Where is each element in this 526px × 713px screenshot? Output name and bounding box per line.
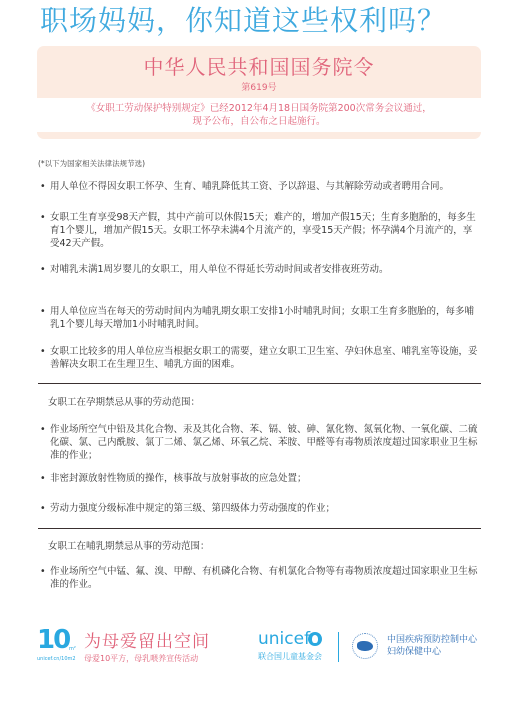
section-divider	[38, 528, 481, 529]
page-title: 职场妈妈，你知道这些权利吗？	[40, 4, 486, 38]
pregnancy-section-heading: 女职工在孕期禁忌从事的劳动范围：	[48, 396, 200, 409]
rights-item: • 女职工生育享受98天产假，其中产前可以休假15天；难产的，增加产假15天；生…	[40, 211, 480, 250]
unicef-wordmark: unicef	[258, 629, 310, 649]
decree-title: 中华人民共和国国务院令	[37, 54, 481, 80]
bullet-icon: •	[40, 565, 48, 578]
bullet-icon: •	[40, 263, 48, 276]
rights-item-text: 用人单位不得因女职工怀孕、生育、哺乳降低其工资、予以辞退、与其解除劳动或者聘用合…	[50, 181, 449, 192]
decree-statement-line-1: 《女职工劳动保护特别规定》已经2012年4月18日国务院第200次常务会议通过，	[37, 102, 481, 115]
pregnancy-item-text: 作业场所空气中铅及其化合物、汞及其化合物、苯、镉、铍、砷、氰化物、氮氧化物、一氧…	[50, 424, 478, 461]
pregnancy-item: • 非密封源放射性物质的操作，核事故与放射事故的应急处置；	[40, 472, 480, 485]
cdc-department: 妇幼保健中心	[387, 646, 441, 658]
excerpt-note: (*以下为国家相关法律法规节选)	[38, 159, 145, 169]
pregnancy-item: • 作业场所空气中铅及其化合物、汞及其化合物、苯、镉、铍、砷、氰化物、氮氧化物、…	[40, 423, 480, 462]
bullet-icon: •	[40, 472, 48, 485]
lactation-item-text: 作业场所空气中锰、氟、溴、甲醇、有机磷化合物、有机氯化合物等有毒物质浓度超过国家…	[50, 566, 478, 590]
cdc-emblem-icon	[352, 633, 378, 659]
rights-item-text: 女职工比较多的用人单位应当根据女职工的需要，建立女职工卫生室、孕妇休息室、哺乳室…	[50, 346, 478, 370]
bullet-icon: •	[40, 305, 48, 318]
unicef-chinese-name: 联合国儿童基金会	[258, 652, 322, 662]
pregnancy-item: • 劳动力强度分级标准中规定的第三级、第四级体力劳动强度的作业；	[40, 502, 480, 515]
decree-box: 中华人民共和国国务院令 第619号 《女职工劳动保护特别规定》已经2012年4月…	[37, 46, 481, 139]
logo-separator	[338, 632, 339, 662]
campaign-title: 为母爱留出空间	[84, 632, 210, 652]
rights-item: • 用人单位不得因女职工怀孕、生育、哺乳降低其工资、予以辞退、与其解除劳动或者聘…	[40, 180, 480, 193]
ten-logo-unit: m²	[69, 646, 76, 652]
section-divider	[38, 383, 481, 384]
pregnancy-item-text: 劳动力强度分级标准中规定的第三级、第四级体力劳动强度的作业；	[50, 503, 335, 514]
rights-item: • 女职工比较多的用人单位应当根据女职工的需要，建立女职工卫生室、孕妇休息室、哺…	[40, 345, 480, 371]
rights-item-text: 女职工生育享受98天产假，其中产前可以休假15天；难产的，增加产假15天；生育多…	[50, 212, 476, 249]
campaign-subtitle: 母爱10平方，母乳喂养宣传活动	[84, 654, 198, 664]
bullet-icon: •	[40, 345, 48, 358]
ten-logo-number: 10	[37, 626, 69, 654]
lactation-section-heading: 女职工在哺乳期禁忌从事的劳动范围：	[48, 540, 210, 553]
rights-item-text: 用人单位应当在每天的劳动时间内为哺乳期女职工安排1小时哺乳时间；女职工生育多胞胎…	[50, 306, 474, 330]
rights-item-text: 对哺乳未满1周岁婴儿的女职工，用人单位不得延长劳动时间或者安排夜班劳动。	[50, 264, 389, 275]
cdc-name: 中国疾病预防控制中心	[387, 634, 477, 646]
ten-square-meter-logo: 10 m² unicef.cn/10m2	[37, 630, 77, 664]
ten-logo-url: unicef.cn/10m2	[37, 656, 76, 662]
rights-item: • 对哺乳未满1周岁婴儿的女职工，用人单位不得延长劳动时间或者安排夜班劳动。	[40, 263, 480, 276]
bullet-icon: •	[40, 211, 48, 224]
rights-item: • 用人单位应当在每天的劳动时间内为哺乳期女职工安排1小时哺乳时间；女职工生育多…	[40, 305, 480, 331]
decree-statement-line-2: 现予公布，自公布之日起施行。	[37, 115, 481, 128]
decree-statement: 《女职工劳动保护特别规定》已经2012年4月18日国务院第200次常务会议通过，…	[37, 98, 481, 132]
bullet-icon: •	[40, 180, 48, 193]
pregnancy-item-text: 非密封源放射性物质的操作，核事故与放射事故的应急处置；	[50, 473, 307, 484]
bullet-icon: •	[40, 502, 48, 515]
unicef-globe-icon	[308, 632, 322, 646]
lactation-item: • 作业场所空气中锰、氟、溴、甲醇、有机磷化合物、有机氯化合物等有毒物质浓度超过…	[40, 565, 480, 591]
decree-number: 第619号	[37, 82, 481, 94]
bullet-icon: •	[40, 423, 48, 436]
